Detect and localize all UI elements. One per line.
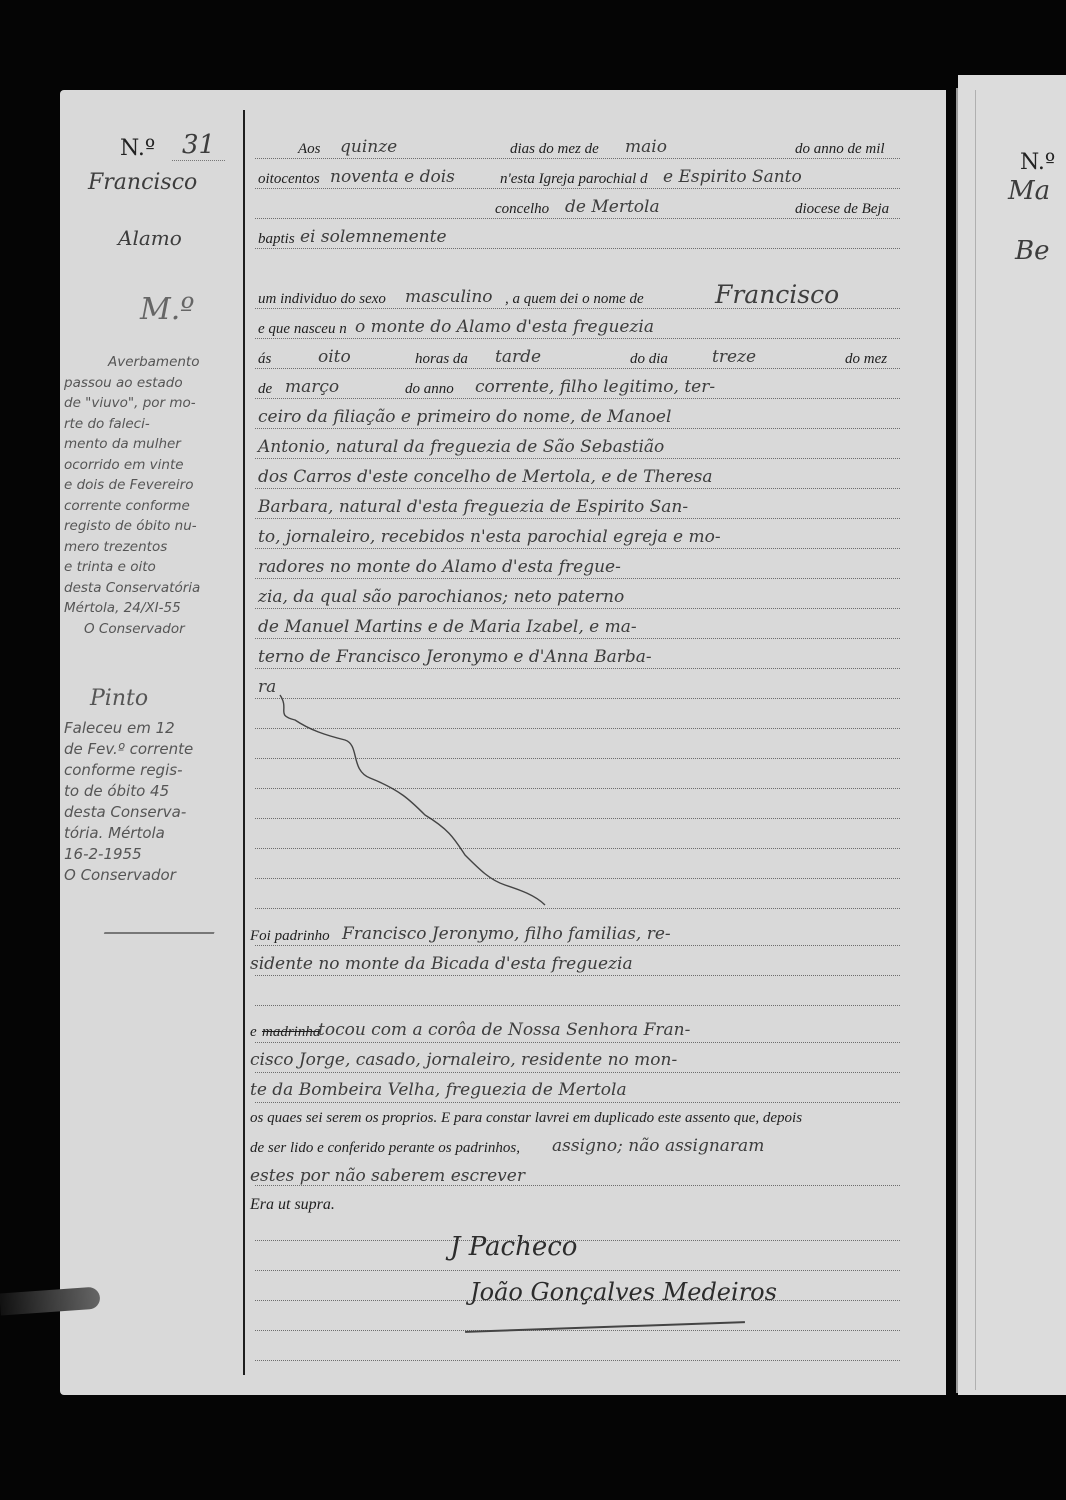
baptism-manner: ei solemnemente bbox=[300, 227, 447, 247]
printed-do-anno: do anno bbox=[405, 381, 454, 398]
concelho-name: de Mertola bbox=[565, 197, 660, 217]
printed-do-mez: do mez bbox=[845, 351, 887, 368]
record-text-line: zia, da qual são parochianos; neto pater… bbox=[258, 587, 624, 607]
ruled-line bbox=[255, 1270, 900, 1271]
record-text-line: to, jornaleiro, recebidos n'esta parochi… bbox=[258, 527, 721, 547]
printed-e: e bbox=[250, 1024, 257, 1041]
blank-space-cancellation-stroke bbox=[250, 690, 570, 920]
ruled-line bbox=[255, 248, 900, 249]
record-number-label: N.º bbox=[120, 136, 155, 161]
record-text-line: Barbara, natural d'esta freguezia de Esp… bbox=[258, 497, 688, 517]
ruled-line bbox=[255, 548, 900, 549]
ruled-line bbox=[255, 1102, 900, 1103]
ruled-line bbox=[255, 975, 900, 976]
right-margin-place: Be bbox=[1015, 236, 1050, 266]
ruled-line bbox=[255, 518, 900, 519]
baptism-year: noventa e dois bbox=[330, 167, 455, 187]
right-page-margin-rule bbox=[975, 90, 976, 1390]
crown-text: cisco Jorge, casado, jornaleiro, residen… bbox=[250, 1050, 677, 1070]
ruled-line bbox=[255, 368, 900, 369]
ruled-line bbox=[255, 1042, 900, 1043]
ruled-line bbox=[255, 458, 900, 459]
ruled-line bbox=[255, 488, 900, 489]
record-text-line: Antonio, natural da freguezia de São Seb… bbox=[258, 437, 664, 457]
closing-hand-1: assigno; não assignaram bbox=[552, 1136, 764, 1156]
birth-hour: oito bbox=[318, 347, 351, 367]
margin-annotation-death: Faleceu em 12 de Fev.º corrente conforme… bbox=[64, 718, 244, 886]
margin-place-name: Alamo bbox=[118, 226, 182, 250]
record-text-line: ceiro da filiação e primeiro do nome, de… bbox=[258, 407, 671, 427]
baptism-day: quinze bbox=[340, 137, 397, 157]
margin-signature-1: Pinto bbox=[90, 686, 148, 711]
parish-name: e Espirito Santo bbox=[663, 167, 802, 187]
ruled-line bbox=[255, 945, 900, 946]
crown-text: tocou com a corôa de Nossa Senhora Fran- bbox=[318, 1020, 690, 1040]
printed-dias-do-mez: dias do mez de bbox=[510, 141, 599, 158]
margin-signature-2 bbox=[104, 900, 226, 934]
printed-de: de bbox=[258, 381, 272, 398]
ruled-line bbox=[255, 1330, 900, 1331]
ruled-line bbox=[255, 428, 900, 429]
child-name: Francisco bbox=[715, 280, 839, 309]
printed-igreja-parochial: n'esta Igreja parochial d bbox=[500, 171, 648, 188]
printed-closing-2: de ser lido e conferido perante os padri… bbox=[250, 1140, 520, 1157]
ruled-line bbox=[255, 668, 900, 669]
printed-baptis: baptis bbox=[258, 231, 295, 248]
margin-annotation-widowhood: Averbamento passou ao estado de "viuvo",… bbox=[64, 352, 244, 639]
printed-aos: Aos bbox=[298, 141, 321, 158]
printed-do-anno-de-mil: do anno de mil bbox=[795, 141, 885, 158]
printed-era-ut-supra: Era ut supra. bbox=[250, 1196, 335, 1214]
printed-diocese: diocese de Beja bbox=[795, 201, 889, 218]
printed-nome-de: , a quem dei o nome de bbox=[505, 291, 644, 308]
margin-mark: M.º bbox=[140, 292, 194, 327]
record-text-line: de Manuel Martins e de Maria Izabel, e m… bbox=[258, 617, 637, 637]
ruled-line bbox=[255, 338, 900, 339]
second-signature: João Gonçalves Medeiros bbox=[470, 1278, 777, 1306]
ruled-line bbox=[255, 1360, 900, 1361]
record-text-line: terno de Francisco Jeronymo e d'Anna Bar… bbox=[258, 647, 652, 667]
ruled-line bbox=[255, 158, 900, 159]
printed-nasceu: e que nasceu n bbox=[258, 321, 347, 338]
ruled-line bbox=[255, 398, 900, 399]
printed-madrinha-struck: madrinha bbox=[262, 1024, 320, 1041]
ruled-line bbox=[255, 1072, 900, 1073]
priest-signature: J Pacheco bbox=[450, 1232, 577, 1262]
printed-oitocentos: oitocentos bbox=[258, 171, 320, 188]
printed-concelho: concelho bbox=[495, 201, 549, 218]
printed-do-dia: do dia bbox=[630, 351, 668, 368]
record-number: 31 bbox=[172, 130, 225, 161]
ruled-line bbox=[255, 608, 900, 609]
birth-day: treze bbox=[712, 347, 756, 367]
birth-month: março bbox=[285, 377, 339, 397]
record-text-line: radores no monte do Alamo d'esta fregue- bbox=[258, 557, 621, 577]
right-record-number-label: N.º bbox=[1020, 150, 1055, 175]
ruled-line bbox=[255, 188, 900, 189]
ruled-line bbox=[255, 218, 900, 219]
birth-place: o monte do Alamo d'esta freguezia bbox=[355, 317, 654, 337]
right-margin-name: Ma bbox=[1008, 176, 1050, 206]
godfather-text: sidente no monte da Bicada d'esta fregue… bbox=[250, 954, 633, 974]
printed-foi-padrinho: Foi padrinho bbox=[250, 928, 330, 945]
ruled-line bbox=[255, 1005, 900, 1006]
child-sex: masculino bbox=[405, 287, 493, 307]
baptism-month: maio bbox=[625, 137, 667, 157]
birth-period: tarde bbox=[495, 347, 541, 367]
printed-closing-1: os quaes sei serem os proprios. E para c… bbox=[250, 1110, 802, 1127]
printed-sexo: um individuo do sexo bbox=[258, 291, 386, 308]
ruled-line bbox=[255, 638, 900, 639]
record-text-line: dos Carros d'este concelho de Mertola, e… bbox=[258, 467, 713, 487]
ruled-line bbox=[255, 578, 900, 579]
crown-text: te da Bombeira Velha, freguezia de Merto… bbox=[250, 1080, 627, 1100]
closing-hand-2: estes por não saberem escrever bbox=[250, 1166, 525, 1186]
ruled-line bbox=[255, 1240, 900, 1241]
margin-child-name: Francisco bbox=[88, 170, 197, 195]
printed-horas-da: horas da bbox=[415, 351, 468, 368]
godfather-text: Francisco Jeronymo, filho familias, re- bbox=[342, 924, 671, 944]
printed-as: ás bbox=[258, 351, 271, 368]
filiation-start: corrente, filho legitimo, ter- bbox=[475, 377, 715, 397]
